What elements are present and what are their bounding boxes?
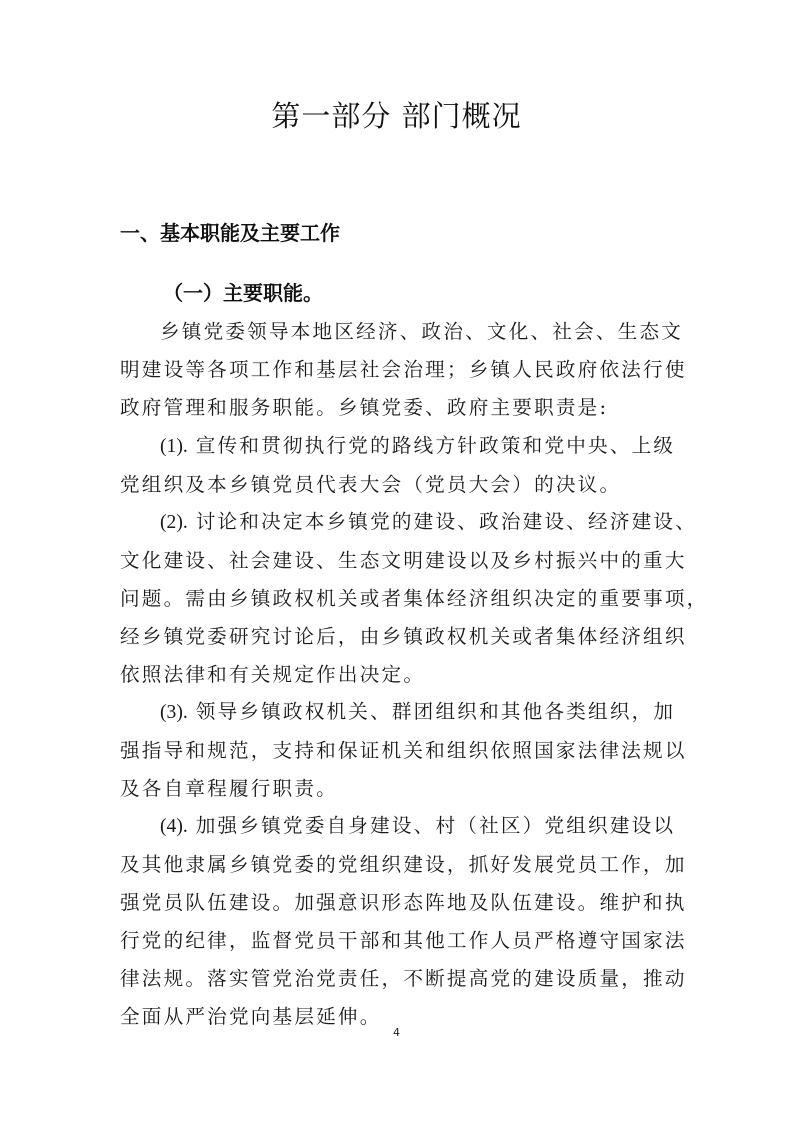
item-number: (1). bbox=[160, 436, 188, 457]
paragraph-line: (1).宣传和贯彻执行党的路线方针政策和党中央、上级 bbox=[120, 427, 680, 466]
item-number: (3). bbox=[160, 702, 188, 723]
item-text: 讨论和决定本乡镇党的建设、政治建设、经济建设、 bbox=[196, 510, 697, 533]
item-text: 领导乡镇政权机关、群团组织和其他各类组织，加 bbox=[196, 700, 675, 723]
page-number: 4 bbox=[0, 1026, 793, 1039]
paragraph-line: 及各自章程履行职责。 bbox=[120, 770, 680, 808]
item-number: (2). bbox=[160, 512, 188, 533]
paragraph-line: 党组织及本乡镇党员代表大会（党员大会）的决议。 bbox=[120, 466, 680, 504]
paragraph-line: 政府管理和服务职能。乡镇党委、政府主要职责是: bbox=[120, 389, 680, 427]
paragraph-line: 律法规。落实管党治党责任，不断提高党的建设质量，推动 bbox=[120, 960, 680, 998]
item-text: 宣传和贯彻执行党的路线方针政策和党中央、上级 bbox=[196, 434, 675, 457]
duty-item-4: (4).加强乡镇党委自身建设、村（社区）党组织建设以 及其他隶属乡镇党委的党组织… bbox=[120, 807, 680, 1036]
duty-item-1: (1).宣传和贯彻执行党的路线方针政策和党中央、上级 党组织及本乡镇党员代表大会… bbox=[120, 427, 680, 504]
section-heading: 一、基本职能及主要工作 bbox=[120, 218, 340, 248]
paragraph-line: 强指导和规范，支持和保证机关和组织依照国家法律法规以 bbox=[120, 732, 680, 770]
paragraph-line: (4).加强乡镇党委自身建设、村（社区）党组织建设以 bbox=[120, 807, 680, 846]
paragraph-line: 经乡镇党委研究讨论后，由乡镇政权机关或者集体经济组织 bbox=[120, 618, 680, 656]
paragraph-line: 依照法律和有关规定作出决定。 bbox=[120, 656, 680, 694]
paragraph-line: 强党员队伍建设。加强意识形态阵地及队伍建设。维护和执 bbox=[120, 884, 680, 922]
duty-item-2: (2).讨论和决定本乡镇党的建设、政治建设、经济建设、 文化建设、社会建设、生态… bbox=[120, 503, 680, 694]
paragraph-line: 行党的纪律，监督党员干部和其他工作人员严格遵守国家法 bbox=[120, 922, 680, 960]
sub-heading: （一）主要职能。 bbox=[163, 278, 323, 308]
item-number: (4). bbox=[160, 816, 188, 837]
paragraph-line: (3).领导乡镇政权机关、群团组织和其他各类组织，加 bbox=[120, 693, 680, 732]
paragraph-line: 乡镇党委领导本地区经济、政治、文化、社会、生态文 bbox=[120, 313, 680, 351]
intro-paragraph: 乡镇党委领导本地区经济、政治、文化、社会、生态文 明建设等各项工作和基层社会治理… bbox=[120, 313, 680, 427]
paragraph-line: 问题。需由乡镇政权机关或者集体经济组织决定的重要事项， bbox=[120, 580, 680, 618]
paragraph-line: 文化建设、社会建设、生态文明建设以及乡村振兴中的重大 bbox=[120, 542, 680, 580]
paragraph-line: 明建设等各项工作和基层社会治理；乡镇人民政府依法行使 bbox=[120, 351, 680, 389]
page-title: 第一部分 部门概况 bbox=[0, 96, 793, 136]
duty-item-3: (3).领导乡镇政权机关、群团组织和其他各类组织，加 强指导和规范，支持和保证机… bbox=[120, 693, 680, 808]
item-text: 加强乡镇党委自身建设、村（社区）党组织建设以 bbox=[196, 814, 675, 837]
paragraph-line: 及其他隶属乡镇党委的党组织建设，抓好发展党员工作，加 bbox=[120, 846, 680, 884]
paragraph-line: (2).讨论和决定本乡镇党的建设、政治建设、经济建设、 bbox=[120, 503, 680, 542]
